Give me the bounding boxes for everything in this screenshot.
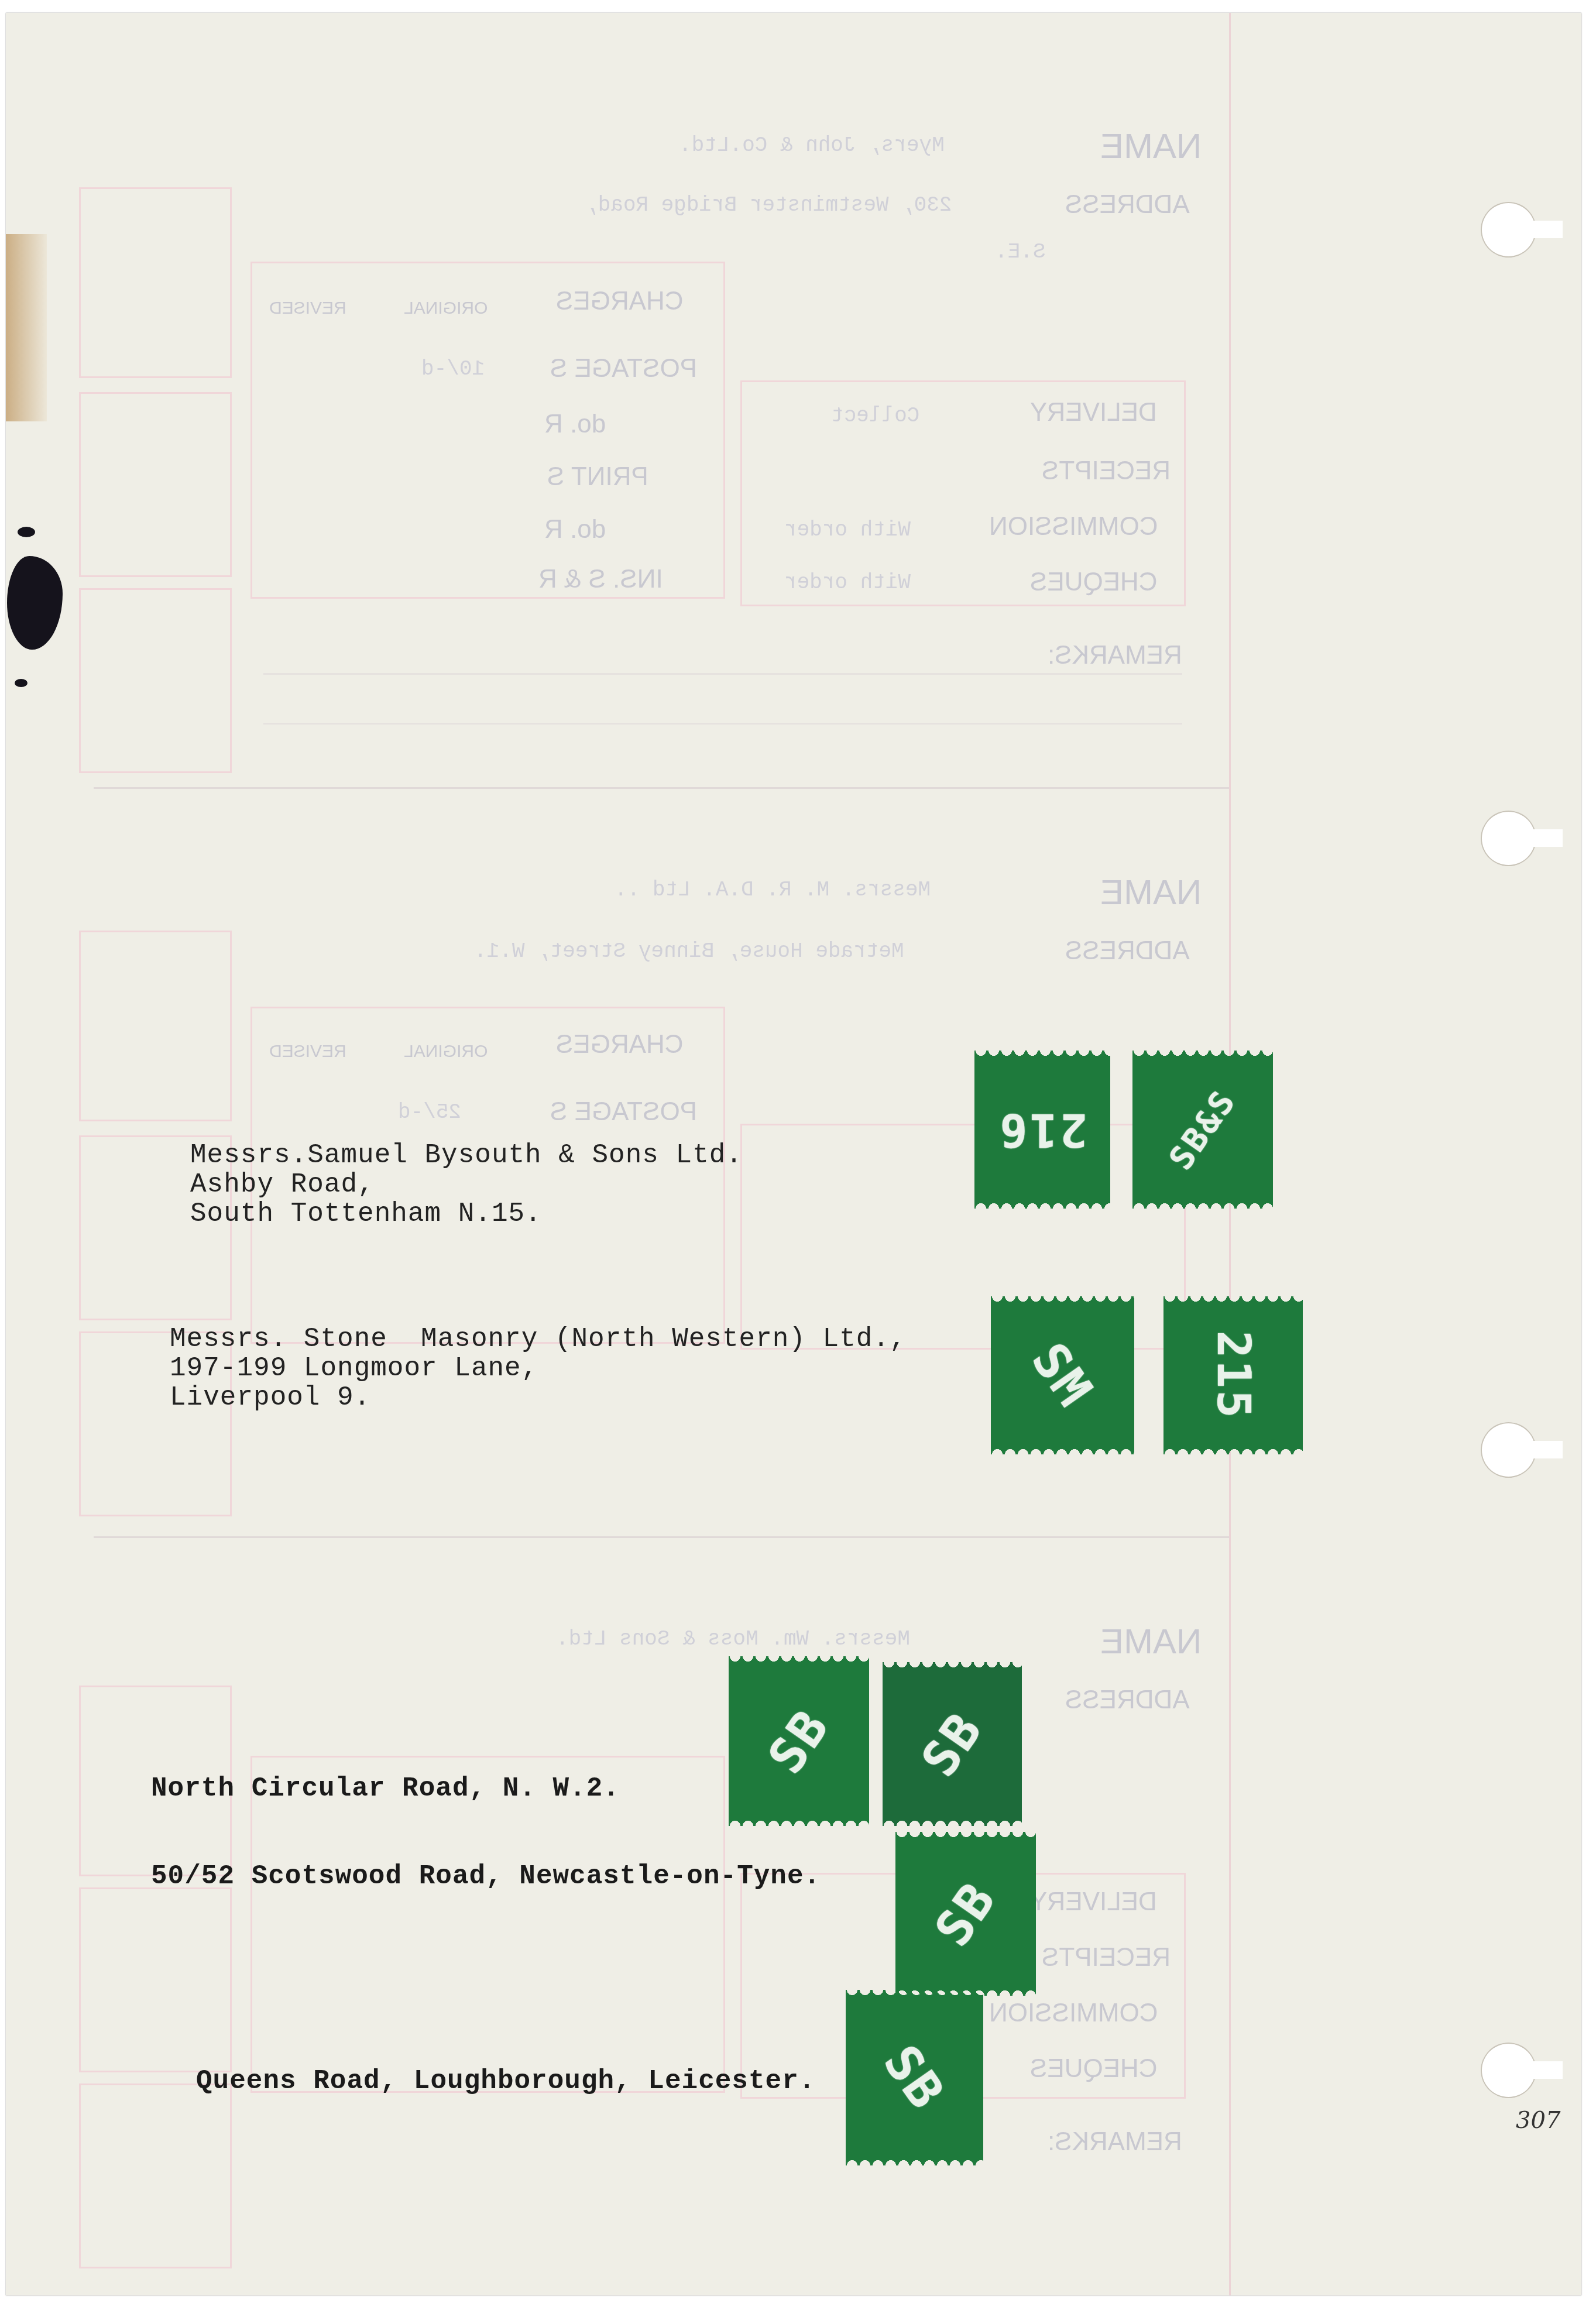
ghost-commission-label: COMMISSION (989, 512, 1158, 541)
ghost-commission-label: COMMISSION (989, 1999, 1158, 2028)
ghost-address-value: Metrade House, Binney Street, W.1. (474, 939, 904, 963)
form-box (79, 931, 232, 1121)
entry-line: Messrs. Stone Masonry (North Western) Lt… (170, 1324, 907, 1354)
form-box (79, 187, 232, 378)
ghost-address-line2: S.E. (995, 240, 1045, 264)
binder-slot (1522, 221, 1563, 238)
ghost-receipts-label: RECEIPTS (1042, 456, 1171, 486)
ink-splatter (18, 527, 35, 537)
section-divider (94, 787, 1229, 789)
form-box (79, 392, 232, 577)
ghost-do-r: do. R (544, 410, 606, 439)
ghost-name-value: Messrs. Wm. Moss & Sons Ltd. (556, 1627, 910, 1651)
entry-line: 50/52 Scotswood Road, Newcastle-on-Tyne. (151, 1861, 821, 1892)
form-box (79, 1887, 232, 2072)
ghost-cheques-label: CHEQUES (1030, 568, 1158, 597)
remarks-line (263, 723, 1182, 725)
perfin-stamp: SM (991, 1296, 1134, 1454)
entry-line: Ashby Road, (190, 1169, 375, 1200)
ghost-address-label: ADDRESS (1065, 1686, 1190, 1715)
ghost-address-value: 230, Westminster Bridge Road, (585, 193, 952, 217)
ghost-postage-value: 25/-d (398, 1100, 461, 1124)
entry-line: South Tottenham N.15. (190, 1199, 542, 1229)
ghost-name-value: Myers, John & Co.Ltd. (679, 133, 945, 157)
ghost-delivery-label: DELIVERY (1030, 1887, 1157, 1917)
ghost-ins: INS. S & R (538, 565, 663, 594)
ghost-print-s: PRINT S (547, 462, 648, 492)
ghost-postage-label: POSTAGE S (550, 1097, 697, 1127)
perfin-stamp: SB (729, 1656, 869, 1826)
ghost-cheques-value: With order (784, 571, 911, 595)
ghost-revised-label: REVISED (269, 1042, 346, 1062)
remarks-line (263, 673, 1182, 675)
age-stain (6, 234, 47, 421)
form-box (79, 2084, 232, 2268)
entry-line: Liverpool 9. (170, 1382, 370, 1413)
ghost-name-label: NAME (1100, 1621, 1202, 1662)
section-divider (94, 1536, 1229, 1538)
ghost-postage-label: POSTAGE S (550, 354, 697, 383)
ghost-original-label: ORIGINAL (404, 298, 488, 318)
binder-slot (1522, 2061, 1563, 2079)
perfin-215: 215 (1154, 1306, 1312, 1445)
perfin-216: 216 (974, 1051, 1110, 1209)
ghost-charges-label: CHARGES (556, 287, 684, 316)
ghost-cheques-label: CHEQUES (1030, 2054, 1158, 2084)
ghost-receipts-label: RECEIPTS (1042, 1943, 1171, 1972)
entry-line: Queens Road, Loughborough, Leicester. (196, 2066, 815, 2096)
perfin-stamp: SB (846, 1990, 983, 2165)
entry-line: Messrs.Samuel Bysouth & Sons Ltd. (190, 1140, 743, 1171)
ghost-revised-label: REVISED (269, 298, 346, 318)
perfin-stamp: 216 (974, 1051, 1110, 1209)
ghost-commission-value: With order (784, 518, 911, 542)
binder-slot (1522, 1441, 1563, 1458)
perfin-stamp: SB (883, 1662, 1022, 1826)
ghost-name-value: Messrs. M. R. D.A. Ltd .. (615, 878, 931, 902)
binder-slot (1522, 829, 1563, 847)
ghost-name-label: NAME (1100, 872, 1202, 912)
ghost-postage-value: 10/-d (421, 357, 485, 381)
entry-line: 197-199 Longmoor Lane, (170, 1353, 538, 1384)
ghost-name-label: NAME (1100, 126, 1202, 166)
ghost-delivery-value: Collect (831, 404, 919, 428)
entry-line: North Circular Road, N. W.2. (151, 1773, 620, 1804)
ghost-do-r: do. R (544, 515, 606, 544)
perfin-stamp: SB (895, 1832, 1036, 1996)
ink-splatter (15, 679, 28, 687)
perfin-stamp: 215 (1163, 1296, 1303, 1454)
ghost-remarks-label: REMARKS: (1048, 641, 1182, 670)
perfin-stamp: SB&S (1132, 1051, 1273, 1209)
charges-table (250, 1756, 725, 2093)
ghost-address-label: ADDRESS (1065, 936, 1190, 966)
page-number: 307 (1516, 2107, 1560, 2134)
ghost-original-label: ORIGINAL (404, 1042, 488, 1062)
ghost-charges-label: CHARGES (556, 1030, 684, 1059)
ghost-address-label: ADDRESS (1065, 190, 1190, 219)
form-box (79, 588, 232, 773)
ghost-delivery-label: DELIVERY (1030, 398, 1157, 427)
ghost-remarks-label: REMARKS: (1048, 2127, 1182, 2157)
